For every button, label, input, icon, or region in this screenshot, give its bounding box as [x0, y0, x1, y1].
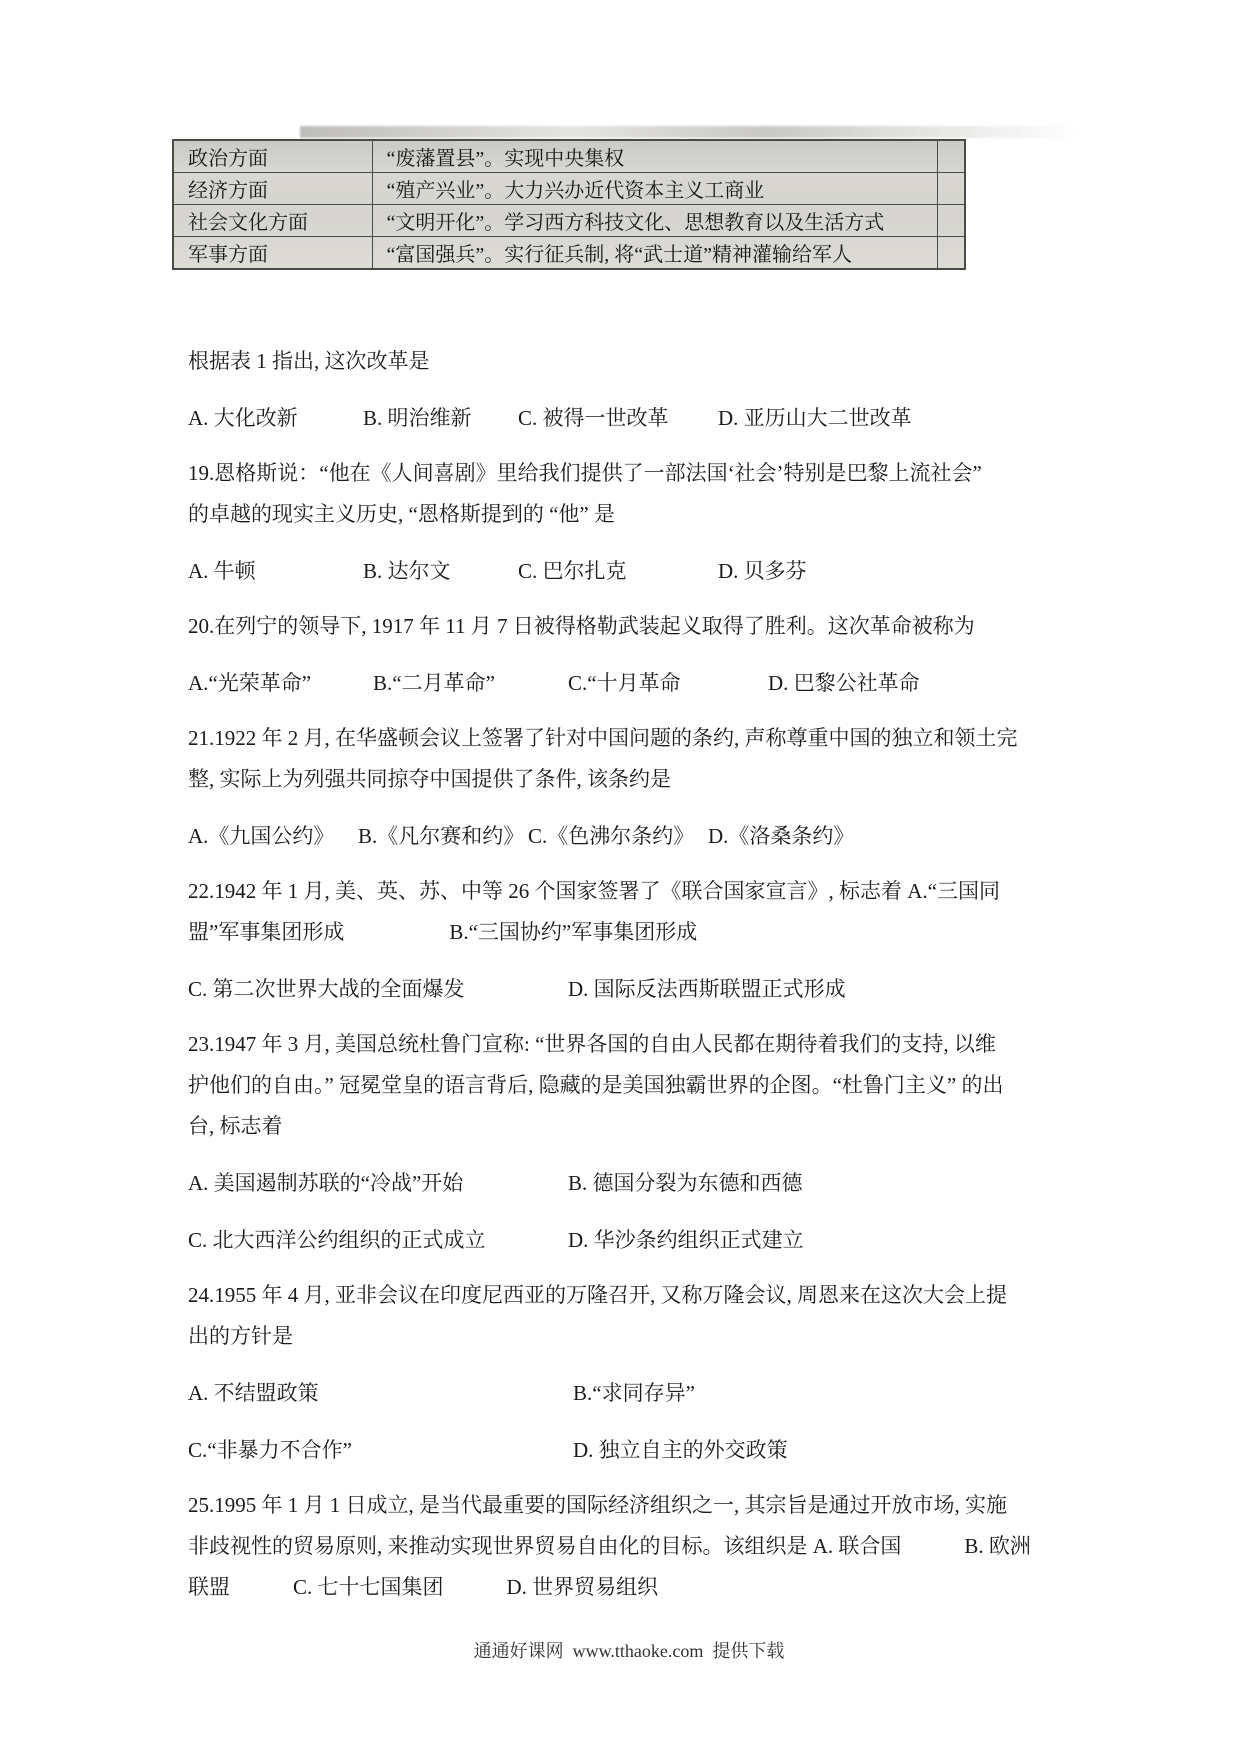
- table-cell-empty: [937, 237, 965, 269]
- table-cell-empty: [937, 141, 965, 173]
- question-22-option-c: C. 第二次世界大战的全面爆发: [188, 969, 568, 1010]
- question-24-option-d: D. 独立自主的外交政策: [573, 1430, 788, 1471]
- question-23-line-3: 台, 标志着: [188, 1106, 1093, 1147]
- question-18-stem: 根据表 1 指出, 这次改革是: [188, 341, 1093, 382]
- question-23-option-d: D. 华沙条约组织正式建立: [568, 1220, 804, 1261]
- question-19-option-c: C. 巴尔扎克: [518, 551, 718, 592]
- question-20-stem: 20.在列宁的领导下, 1917 年 11 月 7 日被得格勒武装起义取得了胜利…: [188, 606, 1093, 647]
- question-25-line-3: 联盟 C. 七十七国集团 D. 世界贸易组织: [188, 1567, 1093, 1608]
- question-23-option-b: B. 德国分裂为东德和西德: [568, 1163, 803, 1204]
- question-23-option-c: C. 北大西洋公约组织的正式成立: [188, 1220, 568, 1261]
- question-21-line-1: 21.1922 年 2 月, 在华盛顿会议上签署了针对中国问题的条约, 声称尊重…: [188, 718, 1093, 759]
- question-24-line-1: 24.1955 年 4 月, 亚非会议在印度尼西亚的万隆召开, 又称万隆会议, …: [188, 1275, 1093, 1316]
- table-cell-label: 经济方面: [174, 173, 373, 205]
- scan-artifact: [300, 126, 1080, 138]
- table-cell-label: 军事方面: [174, 237, 373, 269]
- question-19-line-1: 19.恩格斯说：“他在《人间喜剧》里给我们提供了一部法国‘社会’特别是巴黎上流社…: [188, 453, 1093, 494]
- question-19-options: A. 牛顿 B. 达尔文 C. 巴尔扎克 D. 贝多芬: [188, 551, 1093, 592]
- question-20-option-a: A.“光荣革命”: [188, 663, 373, 704]
- page-footer: 通通好课网 www.tthaoke.com 提供下载: [0, 1606, 1240, 1636]
- question-20-option-c: C.“十月革命: [568, 663, 768, 704]
- question-23-line-1: 23.1947 年 3 月, 美国总统杜鲁门宣称: “世界各国的自由人民都在期待…: [188, 1024, 1093, 1065]
- question-18-options: A. 大化改新 B. 明治维新 C. 被得一世改革 D. 亚历山大二世改革: [188, 398, 1093, 439]
- question-24-line-2: 出的方针是: [188, 1316, 1093, 1357]
- table-row: 经济方面 “殖产兴业”。大力兴办近代资本主义工商业: [174, 173, 965, 205]
- table-row: 军事方面 “富国强兵”。实行征兵制, 将“武士道”精神灌输给军人: [174, 237, 965, 269]
- question-23-line-2: 护他们的自由。” 冠冕堂皇的语言背后, 隐藏的是美国独霸世界的企图。“杜鲁门主义…: [188, 1065, 1093, 1106]
- question-21-option-b: B.《凡尔赛和约》: [358, 816, 528, 857]
- question-25-line-2: 非歧视性的贸易原则, 来推动实现世界贸易自由化的目标。该组织是 A. 联合国 B…: [188, 1526, 1093, 1567]
- question-19-option-b: B. 达尔文: [363, 551, 518, 592]
- questions-section: 根据表 1 指出, 这次改革是 A. 大化改新 B. 明治维新 C. 被得一世改…: [188, 341, 1093, 1608]
- question-21-option-c: C.《色沸尔条约》: [528, 816, 708, 857]
- question-18-option-a: A. 大化改新: [188, 398, 363, 439]
- question-24-option-c: C.“非暴力不合作”: [188, 1430, 573, 1471]
- question-20-option-b: B.“二月革命”: [373, 663, 568, 704]
- table-cell-content: “废藩置县”。实现中央集权: [372, 141, 937, 173]
- table-cell-content: “殖产兴业”。大力兴办近代资本主义工商业: [372, 173, 937, 205]
- question-20-options: A.“光荣革命” B.“二月革命” C.“十月革命 D. 巴黎公社革命: [188, 663, 1093, 704]
- question-18-option-c: C. 被得一世改革: [518, 398, 718, 439]
- footer-watermark-text: 通通好课网 www.tthaoke.com 提供下载: [474, 1641, 785, 1661]
- question-21-option-d: D.《洛桑条约》: [708, 816, 854, 857]
- question-22-option-d: D. 国际反法西斯联盟正式形成: [568, 969, 846, 1010]
- table-row: 社会文化方面 “文明开化”。学习西方科技文化、思想教育以及生活方式: [174, 205, 965, 237]
- question-20-option-d: D. 巴黎公社革命: [768, 663, 920, 704]
- question-24-options-ab: A. 不结盟政策 B.“求同存异”: [188, 1373, 1093, 1414]
- table-row: 政治方面 “废藩置县”。实现中央集权: [174, 141, 965, 173]
- table-cell-empty: [937, 205, 965, 237]
- question-19-option-a: A. 牛顿: [188, 551, 363, 592]
- table-cell-empty: [937, 173, 965, 205]
- question-22-line-2: 盟”军事集团形成 B.“三国协约”军事集团形成: [188, 912, 1093, 953]
- table-cell-content: “富国强兵”。实行征兵制, 将“武士道”精神灌输给军人: [372, 237, 937, 269]
- table-cell-content: “文明开化”。学习西方科技文化、思想教育以及生活方式: [372, 205, 937, 237]
- reform-table: 政治方面 “废藩置县”。实现中央集权 经济方面 “殖产兴业”。大力兴办近代资本主…: [173, 140, 965, 269]
- question-18-option-d: D. 亚历山大二世改革: [718, 398, 912, 439]
- question-23-options-cd: C. 北大西洋公约组织的正式成立 D. 华沙条约组织正式建立: [188, 1220, 1093, 1261]
- table-cell-label: 社会文化方面: [174, 205, 373, 237]
- question-24-option-b: B.“求同存异”: [573, 1373, 695, 1414]
- question-25-line-1: 25.1995 年 1 月 1 日成立, 是当代最重要的国际经济组织之一, 其宗…: [188, 1485, 1093, 1526]
- question-23-options-ab: A. 美国遏制苏联的“冷战”开始 B. 德国分裂为东德和西德: [188, 1163, 1093, 1204]
- table-cell-label: 政治方面: [174, 141, 373, 173]
- question-23-option-a: A. 美国遏制苏联的“冷战”开始: [188, 1163, 568, 1204]
- question-22-options-cd: C. 第二次世界大战的全面爆发 D. 国际反法西斯联盟正式形成: [188, 969, 1093, 1010]
- question-21-option-a: A.《九国公约》: [188, 816, 358, 857]
- question-24-option-a: A. 不结盟政策: [188, 1373, 573, 1414]
- question-21-options: A.《九国公约》 B.《凡尔赛和约》 C.《色沸尔条约》 D.《洛桑条约》: [188, 816, 1093, 857]
- question-19-line-2: 的卓越的现实主义历史, “恩格斯提到的 “他” 是: [188, 494, 1093, 535]
- question-18-option-b: B. 明治维新: [363, 398, 518, 439]
- question-21-line-2: 整, 实际上为列强共同掠夺中国提供了条件, 该条约是: [188, 759, 1093, 800]
- question-22-line-1: 22.1942 年 1 月, 美、英、苏、中等 26 个国家签署了《联合国家宣言…: [188, 871, 1093, 912]
- question-19-option-d: D. 贝多芬: [718, 551, 807, 592]
- question-24-options-cd: C.“非暴力不合作” D. 独立自主的外交政策: [188, 1430, 1093, 1471]
- exam-page: 政治方面 “废藩置县”。实现中央集权 经济方面 “殖产兴业”。大力兴办近代资本主…: [0, 0, 1240, 1754]
